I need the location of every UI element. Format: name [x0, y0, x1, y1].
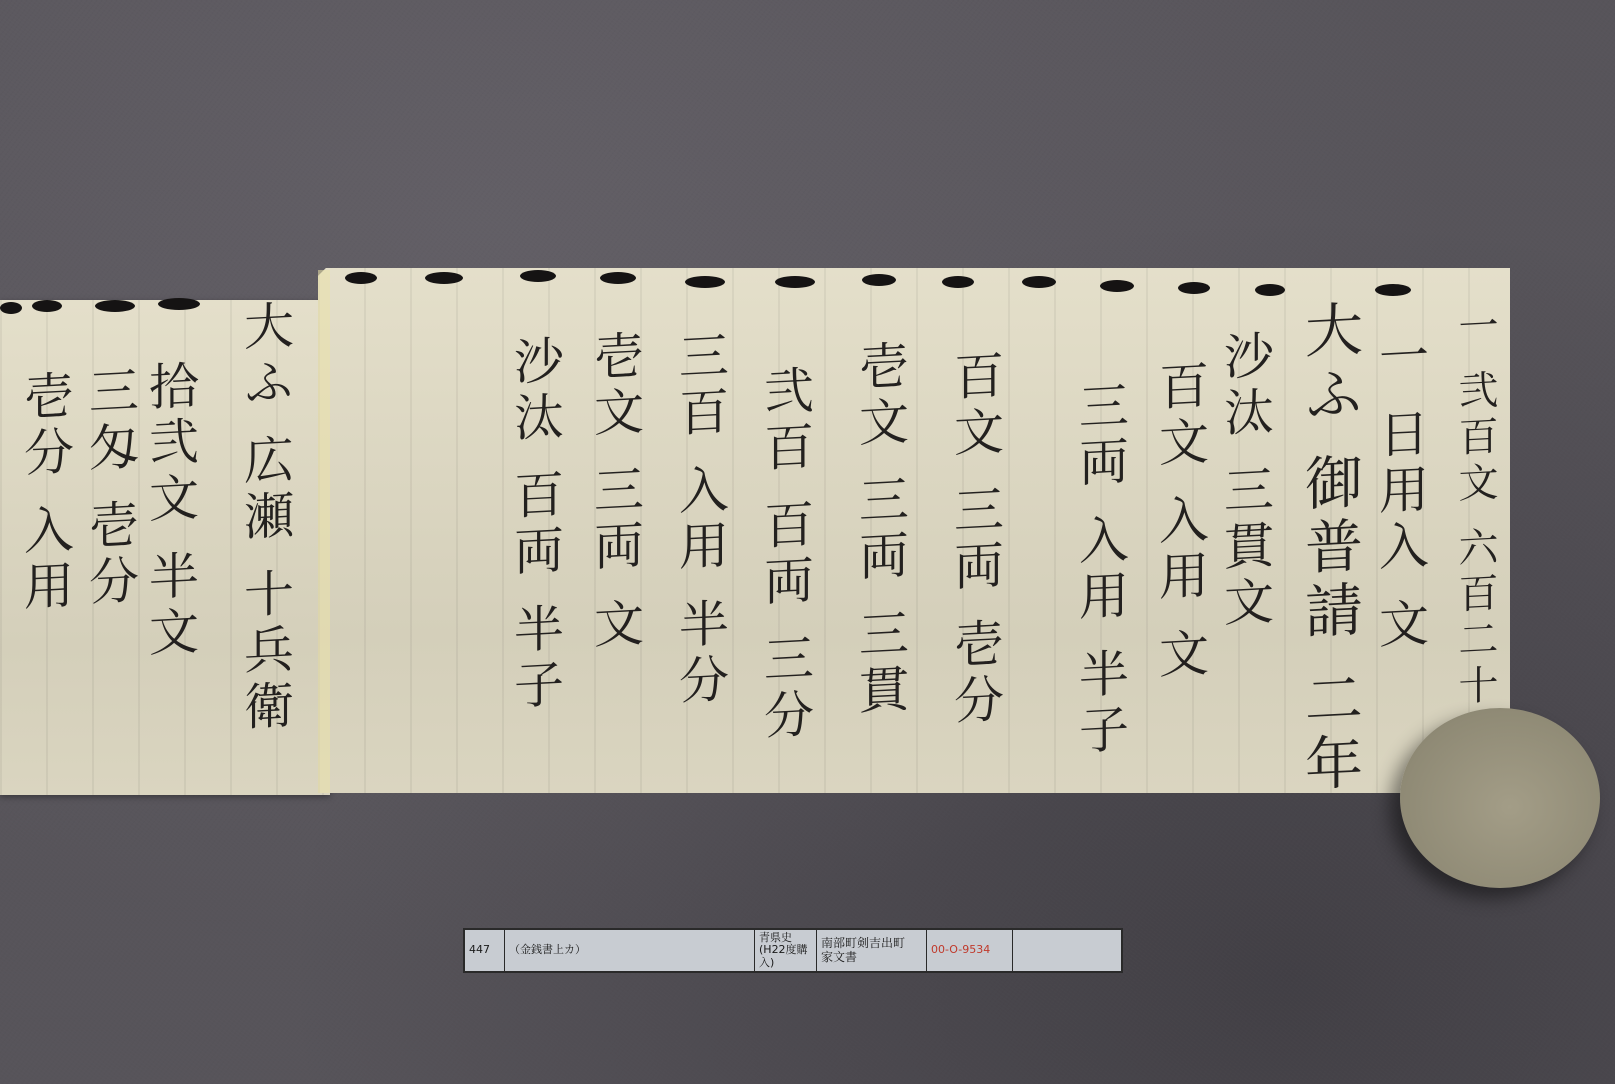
top-mark [600, 272, 636, 284]
script-column: 三両 入用 半子 [1075, 379, 1125, 761]
paper-seam [318, 270, 330, 793]
top-mark [775, 276, 815, 288]
felt-weight [1400, 708, 1600, 888]
top-mark [520, 270, 556, 282]
script-column: 一 弐百文 六百二十 [1455, 304, 1495, 712]
label-collection: 南部町剣吉出町 家文書 [817, 930, 927, 971]
label-source: 青県史 (H22度購 入) [755, 930, 817, 971]
script-column: 壱文 三両 三貫 [855, 339, 905, 721]
script-column: 三匁 壱分 [85, 364, 135, 613]
catalog-label: 447 （金銭書上カ） 青県史 (H22度購 入) 南部町剣吉出町 家文書 00… [463, 928, 1123, 973]
script-column: 壱文 三両 文 [590, 329, 640, 655]
top-mark [685, 276, 725, 288]
label-title: （金銭書上カ） [505, 930, 755, 971]
label-number: 447 [465, 930, 505, 971]
script-column: 弐百 百両 三分 [760, 364, 810, 746]
top-mark [95, 300, 135, 312]
script-column: 壱分 入用 [20, 369, 70, 618]
top-mark [158, 298, 200, 310]
top-mark [1022, 276, 1056, 288]
top-mark [862, 274, 896, 286]
top-mark [32, 300, 62, 312]
top-mark [345, 272, 377, 284]
script-column: 三百 入用 半分 [675, 329, 725, 711]
top-mark [1178, 282, 1210, 294]
script-column: 沙汰 百両 半子 [510, 334, 560, 716]
top-mark [0, 302, 22, 314]
script-column: 百文 三両 壱分 [950, 349, 1000, 731]
script-column: 大ふ 御普請 二年 [1300, 298, 1358, 798]
top-mark [425, 272, 463, 284]
label-collection-line: 南部町剣吉出町 [821, 937, 905, 951]
script-column: 拾弐文 半文 [145, 359, 195, 664]
script-column: 大ふ 広瀬 十兵衛 [240, 299, 290, 737]
script-column: 一 日用入 文 [1375, 329, 1425, 655]
script-column: 百文 入用 文 [1155, 359, 1205, 685]
top-mark [942, 276, 974, 288]
label-source-line: (H22度購 [759, 944, 808, 957]
script-column: 沙汰 三貫文 [1220, 329, 1270, 634]
top-mark [1375, 284, 1411, 296]
top-mark [1255, 284, 1285, 296]
top-mark [1100, 280, 1134, 292]
label-empty-cell [1013, 930, 1121, 971]
label-source-line: 入) [759, 957, 774, 970]
label-collection-line: 家文書 [821, 951, 857, 965]
label-id: 00-O-9534 [927, 930, 1013, 971]
